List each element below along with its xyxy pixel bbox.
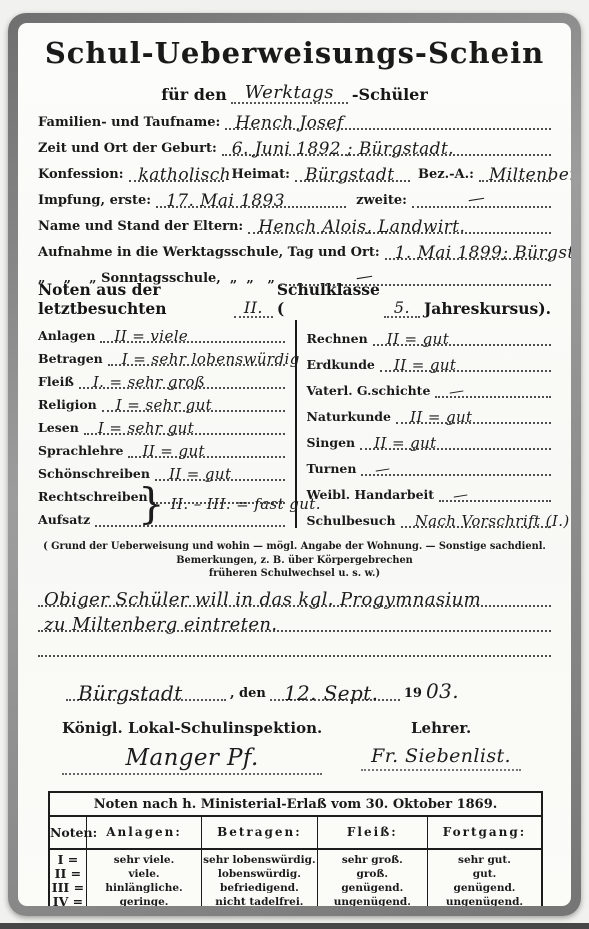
year-printed: 19 — [400, 686, 426, 701]
date-line: Bürgstadt , den 12. Sept. 19 03. — [38, 671, 551, 701]
table-cell: ungenügend. — [428, 895, 541, 906]
table-cell: I = — [50, 853, 86, 867]
table-cell: hinlängliche. — [87, 881, 201, 895]
grades-left-column: Anlagen II = viele Betragen I = sehr lob… — [38, 320, 295, 528]
grades-right-column: Rechnen II = gut Erdkunde II = gut Vater… — [295, 320, 552, 528]
dotted-line: 12. Sept. — [270, 669, 400, 701]
table-cell: II = — [50, 867, 86, 881]
teacher-title: Lehrer. — [361, 719, 521, 737]
inspection-title: Königl. Lokal-Schulinspektion. — [62, 719, 322, 737]
field-row-eltern: Name und Stand der Eltern: Hench Alois, … — [38, 208, 551, 234]
grade-value: II. – III. = fast gut. — [171, 495, 321, 513]
den-label: , den — [226, 686, 270, 701]
dotted-line: zu Miltenberg eintreten. — [38, 605, 551, 632]
document-title: Schul-Ueberweisungs-Schein — [38, 37, 551, 70]
header-noten: Noten: — [50, 817, 87, 848]
scan-bottom-edge — [0, 923, 589, 929]
table-cell: genügend. — [318, 881, 427, 895]
teacher-signature-text: Fr. Siebenlist. — [371, 745, 511, 767]
dotted-line: — — [361, 448, 551, 476]
grade-row-turnen: Turnen — — [307, 450, 552, 476]
year-handwritten: 03. — [426, 681, 459, 701]
certificate-paper: Schul-Ueberweisungs-Schein für den Werkt… — [18, 23, 571, 906]
dotted-line: katholisch — [129, 154, 224, 182]
table-cell: genügend. — [428, 881, 541, 895]
grade-brace-value: } II. – III. = fast gut. — [138, 483, 321, 525]
teacher-signature-block: Lehrer. Fr. Siebenlist. — [361, 719, 521, 775]
remark-section: Obiger Schüler will in das kgl. Progymna… — [38, 582, 551, 657]
grade-row-religion: Religion I = sehr gut — [38, 389, 285, 412]
field-label-impfung-erste: Impfung, erste: — [38, 193, 156, 209]
grade-label: Anlagen — [38, 328, 100, 343]
grades-heading-class-number: II. — [234, 300, 273, 318]
dotted-line: II = gut — [128, 433, 284, 458]
table-cell: befriedigend. — [202, 881, 316, 895]
grade-row-erdkunde: Erdkunde II = gut — [307, 346, 552, 372]
grading-scale-header-row: Noten: Anlagen: Betragen: Fleiß: Fortgan… — [50, 817, 541, 850]
field-label-eltern: Name und Stand der Eltern: — [38, 219, 248, 235]
grade-row-weibl-handarbeit: Weibl. Handarbeit — — [307, 476, 552, 502]
footnote: ( Grund der Ueberweisung und wohin — mög… — [38, 540, 551, 580]
subtitle-handwritten-school-type: Werktags — [231, 84, 348, 104]
grades-section-heading: Noten aus der letztbesuchten II. Schulkl… — [38, 296, 551, 318]
grade-row-anlagen: Anlagen II = viele — [38, 320, 285, 343]
grade-label: Turnen — [307, 461, 362, 476]
dotted-line: Nach Vorschrift (I.) — [401, 500, 551, 528]
column-fleiss: sehr groß. groß. genügend. ungenügend. — [318, 850, 428, 906]
table-cell: nicht tadelfrei. — [202, 895, 316, 906]
grades-table: Anlagen II = viele Betragen I = sehr lob… — [38, 320, 551, 528]
dotted-line: Hench Alois, Landwirt. — [248, 206, 551, 234]
dotted-line: I = sehr lobenswürdig — [108, 341, 285, 366]
grade-row-schulbesuch: Schulbesuch Nach Vorschrift (I.) — [307, 502, 552, 528]
dotted-line: — — [280, 258, 551, 286]
dotted-line: — — [412, 180, 551, 208]
grades-heading-prefix: Noten aus der letztbesuchten — [38, 280, 230, 318]
column-noten: I = II = III = IV = — [50, 850, 87, 906]
grade-label: Sprachlehre — [38, 443, 128, 458]
table-cell: III = — [50, 881, 86, 895]
grade-label: Rechnen — [307, 331, 373, 346]
field-label-konfession: Konfession: — [38, 167, 129, 183]
grade-row-fleiss: Fleiß I. = sehr groß — [38, 366, 285, 389]
column-betragen: sehr lobenswürdig. lobenswürdig. befried… — [202, 850, 317, 906]
grade-row-sprachlehre: Sprachlehre II = gut — [38, 435, 285, 458]
grade-label: Fleiß — [38, 374, 79, 389]
field-row-impfung: Impfung, erste: 17. Mai 1893 zweite: — — [38, 182, 551, 208]
scan-border-frame: Schul-Ueberweisungs-Schein für den Werkt… — [8, 13, 581, 916]
grade-label: Erdkunde — [307, 357, 380, 372]
dotted-line: 17. Mai 1893 — [156, 180, 346, 208]
place-handwritten: Bürgstadt — [78, 683, 183, 703]
inspection-signature-block: Königl. Lokal-Schulinspektion. Manger Pf… — [62, 719, 322, 775]
grade-value: Nach Vorschrift (I.) — [415, 514, 570, 529]
grade-row-schoenschreiben: Schönschreiben II = gut — [38, 458, 285, 481]
dotted-line: 1. Mai 1899; Bürgstadt. — [385, 232, 551, 260]
grading-scale-body: I = II = III = IV = sehr viele. viele. h… — [50, 850, 541, 906]
table-cell: IV = — [50, 895, 86, 906]
footnote-line-2: früheren Schulwechsel u. s. w.) — [38, 567, 551, 580]
footnote-line-1: ( Grund der Ueberweisung und wohin — mög… — [38, 540, 551, 566]
column-fortgang: sehr gut. gut. genügend. ungenügend. — [428, 850, 541, 906]
dotted-line: Obiger Schüler will in das kgl. Progymna… — [38, 580, 551, 607]
grade-row-lesen: Lesen I = sehr gut — [38, 412, 285, 435]
subtitle: für den Werktags -Schüler — [38, 78, 551, 104]
table-cell: gut. — [428, 867, 541, 881]
signature-row: Königl. Lokal-Schulinspektion. Manger Pf… — [38, 719, 551, 775]
header-betragen: Betragen: — [202, 817, 317, 848]
grade-label: Singen — [307, 435, 361, 450]
field-row-konfession-heimat-bezirk: Konfession: katholisch Heimat: Bürgstadt… — [38, 156, 551, 182]
grade-row-singen: Singen II = gut — [307, 424, 552, 450]
grades-heading-course-number: 5. — [384, 300, 420, 318]
dotted-line: II = viele — [100, 318, 284, 343]
field-row-werktagsschule: Aufnahme in die Werktagsschule, Tag und … — [38, 234, 551, 260]
header-fortgang: Fortgang: — [428, 817, 541, 848]
teacher-signature: Fr. Siebenlist. — [361, 745, 521, 771]
table-cell: sehr viele. — [87, 853, 201, 867]
field-value-sonntagsschule: — — [355, 268, 375, 288]
table-cell: ungenügend. — [318, 895, 427, 906]
header-anlagen: Anlagen: — [87, 817, 202, 848]
field-row-birth: Zeit und Ort der Geburt: 6. Juni 1892 ; … — [38, 130, 551, 156]
dotted-line: II = gut — [373, 318, 551, 346]
dotted-line: Bürgstadt — [66, 669, 226, 701]
field-row-name: Familien- und Taufname: Hench Josef — [38, 104, 551, 130]
grade-label: Lesen — [38, 420, 84, 435]
dotted-line: — — [435, 370, 551, 398]
grade-row-naturkunde: Naturkunde II = gut — [307, 398, 552, 424]
table-cell: sehr gut. — [428, 853, 541, 867]
table-cell: sehr groß. — [318, 853, 427, 867]
table-cell: viele. — [87, 867, 201, 881]
dotted-line — [38, 630, 551, 657]
field-label-name: Familien- und Taufname: — [38, 115, 225, 131]
grading-scale-table: Noten nach h. Ministerial-Erlaß vom 30. … — [48, 791, 543, 906]
brace-glyph: } — [138, 483, 165, 525]
grade-label: Aufsatz — [38, 512, 95, 527]
dotted-line: II = gut — [155, 456, 285, 481]
dotted-line: Miltenberg — [479, 154, 551, 182]
dotted-line: II = gut — [380, 344, 551, 372]
remark-row-1: Obiger Schüler will in das kgl. Progymna… — [38, 582, 551, 607]
grading-scale-title: Noten nach h. Ministerial-Erlaß vom 30. … — [50, 793, 541, 817]
dotted-line: II = gut — [360, 422, 551, 450]
dotted-line: I. = sehr groß — [79, 364, 285, 389]
table-cell: groß. — [318, 867, 427, 881]
table-cell: geringe. — [87, 895, 201, 906]
subtitle-prefix: für den — [161, 85, 227, 104]
scanned-document-page: Schul-Ueberweisungs-Schein für den Werkt… — [0, 0, 589, 929]
table-cell: sehr lobenswürdig. — [202, 853, 316, 867]
inspection-signature: Manger Pf. — [62, 745, 322, 775]
remark-row-2: zu Miltenberg eintreten. — [38, 607, 551, 632]
dotted-line: 6. Juni 1892 ; Bürgstadt. — [222, 128, 551, 156]
grade-value: — — [374, 461, 392, 478]
grade-row-rechnen: Rechnen II = gut — [307, 320, 552, 346]
dotted-line: — — [439, 474, 551, 502]
dotted-line: Hench Josef — [225, 102, 551, 130]
remark-row-empty — [38, 632, 551, 657]
date-handwritten: 12. Sept. — [284, 683, 379, 703]
dotted-line: I = sehr gut — [102, 387, 285, 412]
column-anlagen: sehr viele. viele. hinlängliche. geringe… — [87, 850, 202, 906]
dotted-line: Bürgstadt — [295, 154, 410, 182]
grade-row-vaterl-geschichte: Vaterl. G.schichte — — [307, 372, 552, 398]
dotted-line: II = gut — [396, 396, 551, 424]
header-fleiss: Fleiß: — [318, 817, 428, 848]
dotted-line: I = sehr gut — [84, 410, 285, 435]
grades-heading-suffix: Jahreskursus). — [424, 299, 551, 318]
inspection-signature-text: Manger Pf. — [126, 745, 259, 771]
table-cell: lobenswürdig. — [202, 867, 316, 881]
grade-row-betragen: Betragen I = sehr lobenswürdig — [38, 343, 285, 366]
grade-brace-group: Rechtschreiben Aufsatz } II. – III. = fa… — [38, 481, 285, 527]
